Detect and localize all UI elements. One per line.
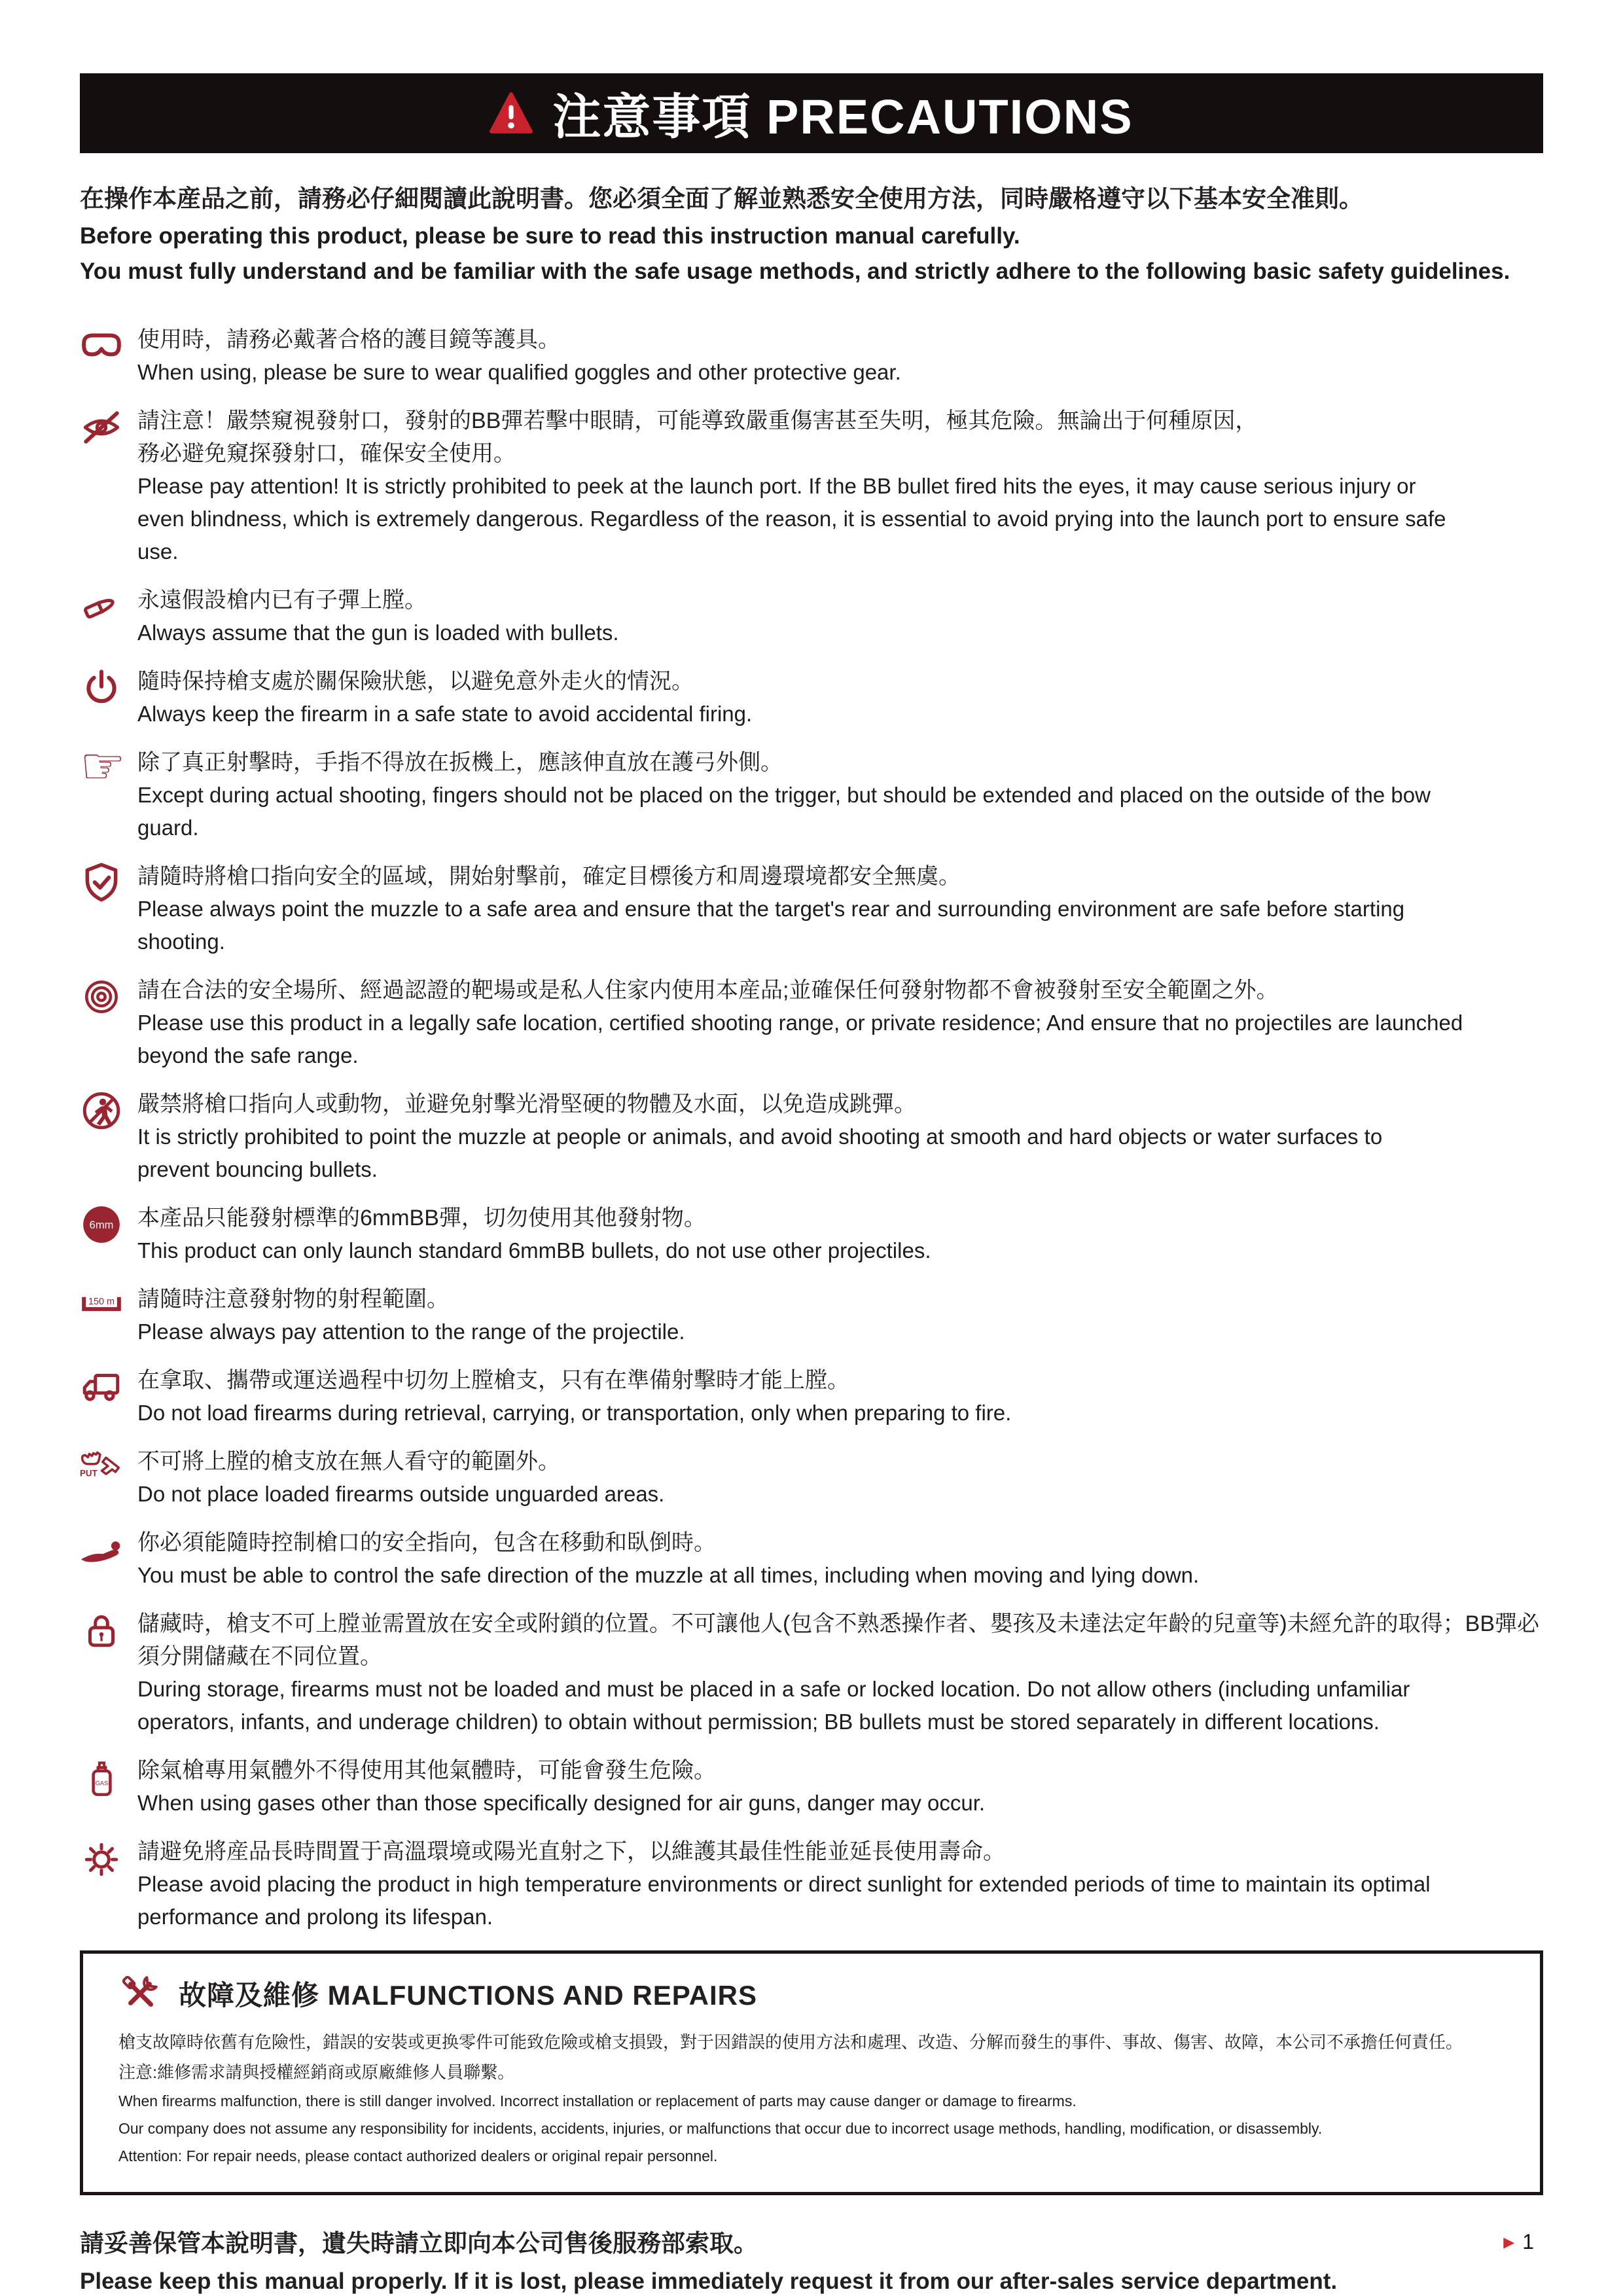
precaution-en: Except during actual shooting, fingers s… (137, 779, 1543, 844)
manual-page: 注意事項 PRECAUTIONS 在操作本産品之前，請務必仔細閱讀此說明書。您必… (0, 0, 1623, 2296)
precaution-zh: 本產品只能發射標準的6mmBB彈，切勿使用其他發射物。 (137, 1202, 1543, 1234)
power-safety-icon (80, 666, 123, 709)
precaution-en: This product can only launch standard 6m… (137, 1234, 1543, 1267)
page-title: 注意事項 PRECAUTIONS (552, 79, 1133, 148)
intro-text: 在操作本産品之前，請務必仔細閱讀此說明書。您必須全面了解並熟悉安全使用方法，同時… (80, 179, 1543, 289)
repairs-zh: 槍支故障時依舊有危險性，錯誤的安裝或更换零件可能致危險或槍支損毀，對于因錯誤的使… (118, 2027, 1505, 2087)
precaution-zh: 請隨時將槍口指向安全的區域，開始射擊前，確定目標後方和周邊環境都安全無虞。 (137, 860, 1543, 893)
precaution-zh: 隨時保持槍支處於關保險狀態，以避免意外走火的情況。 (137, 665, 1543, 698)
svg-text:6mm: 6mm (90, 1219, 114, 1231)
precaution-zh: 在拿取、攜帶或運送過程中切勿上膛槍支，只有在準備射擊時才能上膛。 (137, 1364, 1543, 1397)
intro-zh: 在操作本産品之前，請務必仔細閱讀此說明書。您必須全面了解並熟悉安全使用方法，同時… (80, 179, 1543, 219)
precaution-zh: 請隨時注意發射物的射程範圍。 (137, 1283, 1543, 1316)
repairs-en: When firearms malfunction, there is stil… (118, 2087, 1505, 2170)
precaution-item: 150 m 請隨時注意發射物的射程範圍。Please always pay at… (80, 1283, 1543, 1348)
precaution-item: 6mm 本產品只能發射標準的6mmBB彈，切勿使用其他發射物。This prod… (80, 1202, 1543, 1267)
shield-check-icon (80, 861, 123, 905)
precautions-list: 使用時，請務必戴著合格的護目鏡等護具。When using, please be… (80, 323, 1543, 1933)
precaution-en: When using gases other than those specif… (137, 1787, 1543, 1820)
precaution-item: 使用時，請務必戴著合格的護目鏡等護具。When using, please be… (80, 323, 1543, 389)
footer-note: 請妥善保管本說明書，遺失時請立即向本公司售後服務部索取。 Please keep… (80, 2224, 1543, 2296)
precaution-item: 嚴禁將槍口指向人或動物，並避免射擊光滑堅硬的物體及水面，以免造成跳彈。It is… (80, 1088, 1543, 1186)
precaution-zh: 不可將上膛的槍支放在無人看守的範圍外。 (137, 1445, 1543, 1478)
tools-icon (118, 1972, 162, 2015)
put-down-icon: PUT (80, 1446, 123, 1490)
precaution-item: 你必須能隨時控制槍口的安全指向，包含在移動和臥倒時。You must be ab… (80, 1526, 1543, 1592)
no-person-icon (80, 1089, 123, 1132)
precaution-en: Please use this product in a legally saf… (137, 1007, 1543, 1072)
precaution-en: Please always point the muzzle to a safe… (137, 893, 1543, 958)
six-mm-badge: 6mm (80, 1203, 123, 1246)
precaution-en: It is strictly prohibited to point the m… (137, 1121, 1543, 1186)
precaution-zh: 請避免將産品長時間置于高溫環境或陽光直射之下，以維護其最佳性能並延長使用壽命。 (137, 1835, 1543, 1868)
precaution-item: 請在合法的安全場所、經過認證的靶場或是私人住家内使用本産品;並確保任何發射物都不… (80, 974, 1543, 1072)
precaution-item: PUT 不可將上膛的槍支放在無人看守的範圍外。Do not place load… (80, 1445, 1543, 1511)
footer-en: Please keep this manual properly. If it … (80, 2263, 1543, 2296)
precaution-item: 請注意！嚴禁窺視發射口，發射的BB彈若擊中眼睛，可能導致嚴重傷害甚至失明，極其危… (80, 404, 1543, 568)
svg-text:PUT: PUT (80, 1468, 98, 1478)
no-peek-eye-icon (80, 406, 123, 449)
precaution-en: Always keep the firearm in a safe state … (137, 698, 1543, 730)
precaution-zh: 儲藏時，槍支不可上膛並需置放在安全或附鎖的位置。不可讓他人(包含不熟悉操作者、嬰… (137, 1607, 1543, 1673)
precaution-zh: 使用時，請務必戴著合格的護目鏡等護具。 (137, 323, 1543, 356)
precaution-item: GAS 除氣槍專用氣體外不得使用其他氣體時，可能會發生危險。When using… (80, 1754, 1543, 1820)
goggles-icon (80, 325, 123, 368)
precautions-banner: 注意事項 PRECAUTIONS (80, 73, 1543, 153)
precaution-item: 永遠假設槍内已有子彈上膛。Always assume that the gun … (80, 584, 1543, 649)
precaution-zh: 請注意！嚴禁窺視發射口，發射的BB彈若擊中眼睛，可能導致嚴重傷害甚至失明，極其危… (137, 404, 1543, 470)
precaution-zh: 除了真正射擊時，手指不得放在扳機上，應該伸直放在護弓外側。 (137, 746, 1543, 779)
precaution-zh: 你必須能隨時控制槍口的安全指向，包含在移動和臥倒時。 (137, 1526, 1543, 1559)
repairs-title: 故障及維修 MALFUNCTIONS AND REPAIRS (179, 1974, 757, 2013)
precaution-item: 請避免將産品長時間置于高溫環境或陽光直射之下，以維護其最佳性能並延長使用壽命。P… (80, 1835, 1543, 1933)
page-arrow-icon: ▶ (1503, 2235, 1514, 2250)
precaution-zh: 永遠假設槍内已有子彈上膛。 (137, 584, 1543, 617)
precaution-zh: 除氣槍專用氣體外不得使用其他氣體時，可能會發生危險。 (137, 1754, 1543, 1787)
repairs-title-row: 故障及維修 MALFUNCTIONS AND REPAIRS (118, 1972, 1505, 2015)
footer-zh: 請妥善保管本說明書，遺失時請立即向本公司售後服務部索取。 (80, 2224, 1543, 2263)
precaution-item: 隨時保持槍支處於關保險狀態，以避免意外走火的情況。Always keep the… (80, 665, 1543, 730)
range-150m-icon: 150 m (80, 1284, 123, 1327)
precaution-en: Please always pay attention to the range… (137, 1316, 1543, 1348)
target-icon (80, 975, 123, 1018)
truck-icon (80, 1365, 123, 1408)
precaution-en: Please avoid placing the product in high… (137, 1868, 1543, 1933)
bullet-icon (80, 585, 123, 628)
warning-triangle-icon (490, 92, 533, 135)
precaution-en: Do not place loaded firearms outside ung… (137, 1478, 1543, 1511)
gas-bottle-icon: GAS (80, 1755, 123, 1799)
precaution-zh: 請在合法的安全場所、經過認證的靶場或是私人住家内使用本産品;並確保任何發射物都不… (137, 974, 1543, 1007)
svg-text:GAS: GAS (96, 1780, 109, 1786)
page-number: ▶ 1 (1503, 2230, 1534, 2254)
precaution-en: When using, please be sure to wear quali… (137, 356, 1543, 389)
repairs-box: 故障及維修 MALFUNCTIONS AND REPAIRS 槍支故障時依舊有危… (80, 1950, 1543, 2195)
precaution-zh: 嚴禁將槍口指向人或動物，並避免射擊光滑堅硬的物體及水面，以免造成跳彈。 (137, 1088, 1543, 1121)
prone-person-icon (80, 1528, 123, 1571)
lock-icon (80, 1609, 123, 1652)
svg-text:150 m: 150 m (88, 1297, 115, 1307)
precaution-item: 儲藏時，槍支不可上膛並需置放在安全或附鎖的位置。不可讓他人(包含不熟悉操作者、嬰… (80, 1607, 1543, 1738)
intro-en: Before operating this product, please be… (80, 219, 1543, 289)
finger-point-icon: ☞ (80, 747, 126, 785)
precaution-en: Do not load firearms during retrieval, c… (137, 1397, 1543, 1429)
precaution-en: Please pay attention! It is strictly pro… (137, 470, 1543, 568)
precaution-item: ☞ 除了真正射擊時，手指不得放在扳機上，應該伸直放在護弓外側。Except du… (80, 746, 1543, 844)
precaution-en: Always assume that the gun is loaded wit… (137, 617, 1543, 649)
page-number-value: 1 (1522, 2230, 1534, 2254)
precaution-item: 請隨時將槍口指向安全的區域，開始射擊前，確定目標後方和周邊環境都安全無虞。Ple… (80, 860, 1543, 958)
precaution-item: 在拿取、攜帶或運送過程中切勿上膛槍支，只有在準備射擊時才能上膛。Do not l… (80, 1364, 1543, 1429)
precaution-en: During storage, firearms must not be loa… (137, 1673, 1543, 1738)
precaution-en: You must be able to control the safe dir… (137, 1559, 1543, 1592)
sun-icon (80, 1837, 123, 1880)
